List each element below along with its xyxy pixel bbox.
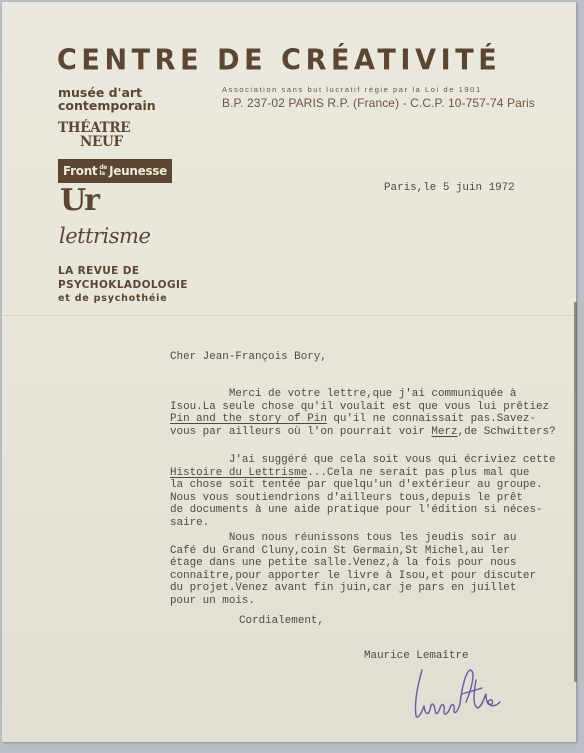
book-title-pin: Pin and the story of Pin — [170, 413, 327, 425]
paragraph-2: J'ai suggéré que cela soit vous qui écri… — [170, 454, 556, 530]
revue-label: LA REVUE DE PSYCHOKLADOLOGIE et de psych… — [58, 264, 188, 306]
letter-date: Paris,le 5 juin 1972 — [384, 182, 515, 194]
revue-line3: et de psychothéie — [58, 292, 188, 306]
musee-line2: contemporain — [58, 99, 156, 112]
p3-line1: Nous nous réunissons tous les jeudis soi… — [170, 532, 536, 545]
revue-line2: PSYCHOKLADOLOGIE — [58, 278, 188, 292]
letter-page: CENTRE DE CRÉATIVITÉ Association sans bu… — [2, 2, 576, 742]
p1-line4: vous par ailleurs où l'on pourrait voir … — [170, 426, 556, 439]
letterhead-title: CENTRE DE CRÉATIVITÉ — [57, 44, 501, 77]
p2-line5: de documents à une aide pratique pour l'… — [170, 504, 556, 517]
musee-label: musée d'art contemporain — [58, 86, 156, 112]
association-line: Association sans but lucratif régie par … — [222, 85, 482, 94]
paper-fold-line — [2, 315, 576, 316]
ur-logo: Ur — [60, 186, 98, 216]
lettrisme-logo: lettrisme — [59, 224, 150, 248]
signatory-name: Maurice Lemaître — [364, 650, 469, 662]
p1-line2: Isou.La seule chose qu'il voulait est qu… — [170, 401, 556, 414]
salutation: Cher Jean-François Bory, — [170, 351, 327, 363]
p2-line2-rest: ...Cela ne serait pas plus mal que — [307, 467, 529, 479]
p3-line4: connaître,pour apporter le livre à Isou,… — [170, 570, 536, 583]
theatre-line2: NEUF — [58, 135, 130, 149]
p3-line6: pour un mois. — [170, 595, 536, 608]
front-de-la-jeunesse-badge: Front de la Jeunesse — [58, 159, 172, 183]
p2-line1: J'ai suggéré que cela soit vous qui écri… — [170, 454, 556, 467]
de-la-superscript: de la — [99, 165, 107, 177]
paragraph-3: Nous nous réunissons tous les jeudis soi… — [170, 532, 536, 608]
paragraph-1: Merci de votre lettre,que j'ai communiqu… — [170, 388, 556, 438]
jeunesse-word: Jeunesse — [109, 164, 167, 178]
front-word: Front — [63, 164, 97, 178]
merz-title: Merz — [431, 426, 457, 438]
histoire-title: Histoire du Lettrisme — [170, 467, 307, 479]
p2-line3: la chose soit tentée par quelqu'un d'ext… — [170, 479, 556, 492]
p1-line4-start: vous par ailleurs où l'on pourrait voir — [170, 426, 431, 438]
p3-line2: Café du Grand Cluny,coin St Germain,St M… — [170, 545, 536, 558]
address-line: B.P. 237-02 PARIS R.P. (France) - C.C.P.… — [222, 96, 535, 110]
paper-edge-shadow — [574, 302, 577, 682]
p2-line6: saire. — [170, 517, 556, 530]
p3-line5: du projet.Venez avant fin juin,car je pa… — [170, 582, 536, 595]
closing: Cordialement, — [239, 615, 324, 627]
p1-line3-rest: qu'il ne connaissait pas.Savez- — [327, 413, 536, 425]
handwritten-signature — [410, 666, 502, 722]
p1-line4-end: ,de Schwitters? — [458, 426, 556, 438]
p3-line3: étage dans une petite salle.Venez,à la f… — [170, 557, 536, 570]
p2-line2: Histoire du Lettrisme...Cela ne serait p… — [170, 467, 556, 480]
la-word: la — [99, 171, 107, 177]
p2-line4: Nous vous soutiendrions d'ailleurs tous,… — [170, 492, 556, 505]
revue-line1: LA REVUE DE — [58, 264, 188, 278]
p1-line3: Pin and the story of Pin qu'il ne connai… — [170, 413, 556, 426]
p1-line1: Merci de votre lettre,que j'ai communiqu… — [170, 388, 556, 401]
theatre-neuf-label: THÉATRE NEUF — [58, 121, 130, 149]
